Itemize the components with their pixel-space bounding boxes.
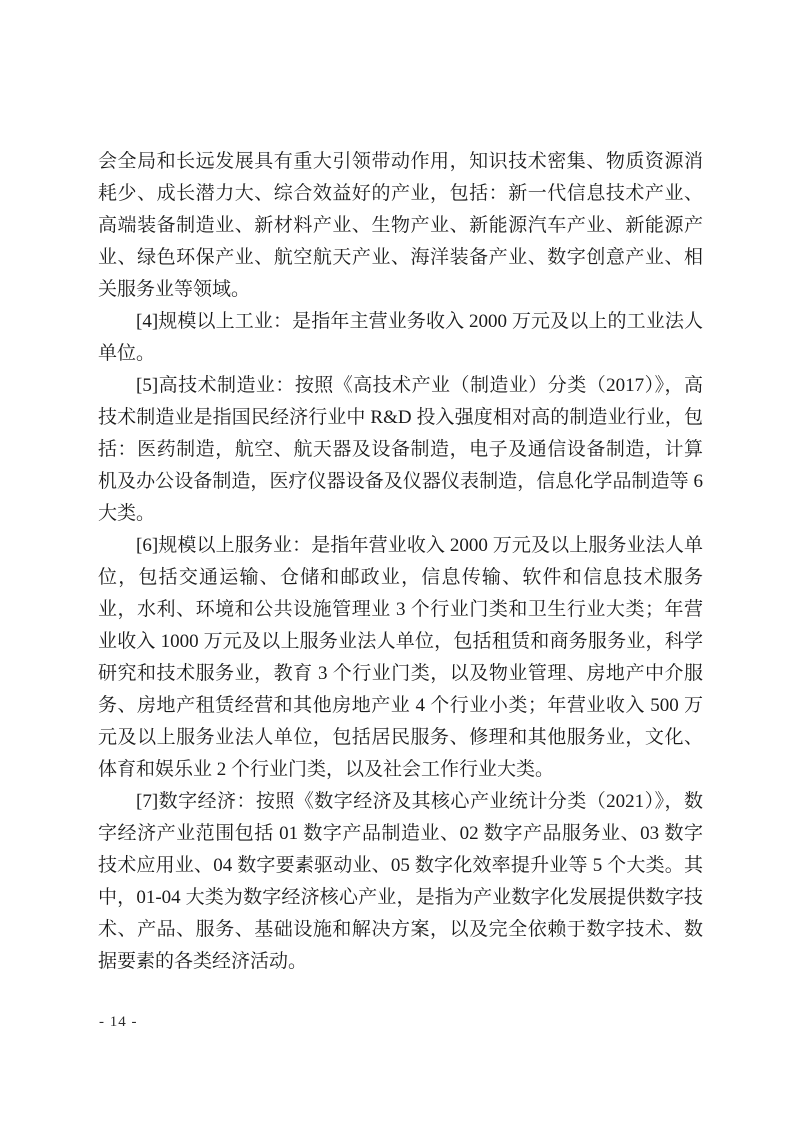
paragraph-note-6: [6]规模以上服务业：是指年营业收入 2000 万元及以上服务业法人单位，包括交… <box>98 530 703 786</box>
paragraph-continuation: 会全局和长远发展具有重大引领带动作用，知识技术密集、物质资源消耗少、成长潜力大、… <box>98 146 703 306</box>
paragraph-note-5: [5]高技术制造业：按照《高技术产业（制造业）分类（2017）》，高技术制造业是… <box>98 370 703 530</box>
paragraph-note-4: [4]规模以上工业：是指年主营业务收入 2000 万元及以上的工业法人单位。 <box>98 306 703 370</box>
document-page: 会全局和长远发展具有重大引领带动作用，知识技术密集、物质资源消耗少、成长潜力大、… <box>0 0 793 1122</box>
paragraph-note-7: [7]数字经济：按照《数字经济及其核心产业统计分类（2021）》，数字经济产业范… <box>98 786 703 978</box>
page-number: - 14 - <box>99 1011 138 1033</box>
document-body: 会全局和长远发展具有重大引领带动作用，知识技术密集、物质资源消耗少、成长潜力大、… <box>98 146 703 978</box>
